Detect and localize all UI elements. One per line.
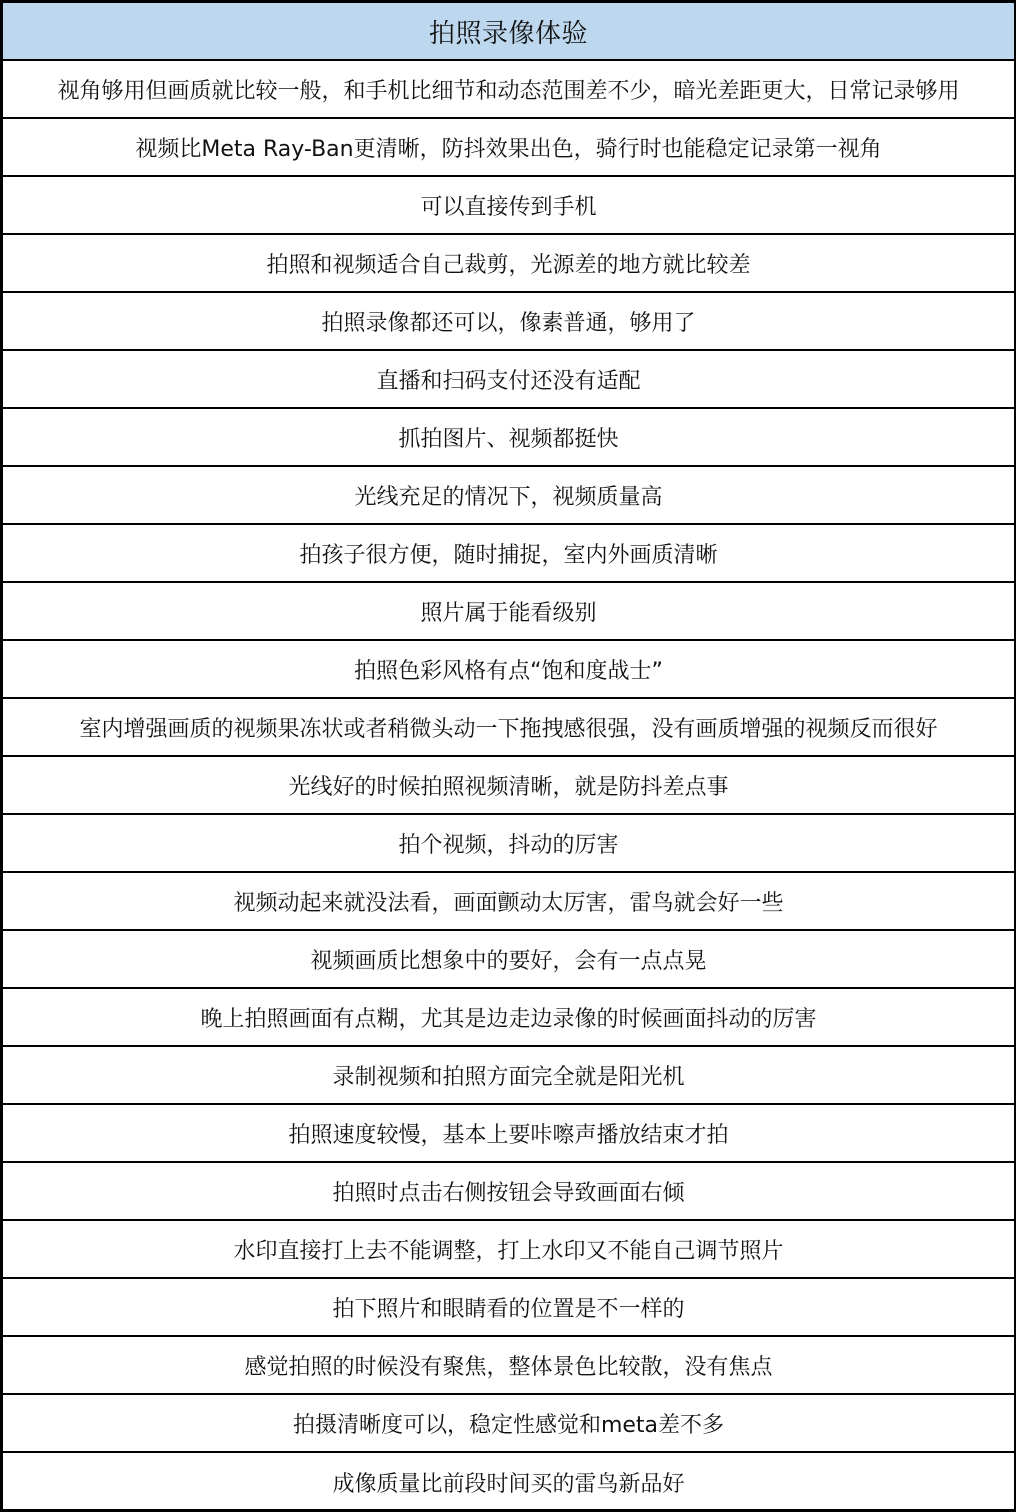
table-row: 成像质量比前段时间买的雷鸟新品好 (3, 1453, 1014, 1511)
table-row: 拍下照片和眼睛看的位置是不一样的 (3, 1279, 1014, 1337)
table-row: 照片属于能看级别 (3, 583, 1014, 641)
table-row: 拍照色彩风格有点“饱和度战士” (3, 641, 1014, 699)
table-row: 直播和扫码支付还没有适配 (3, 351, 1014, 409)
table-row: 抓拍图片、视频都挺快 (3, 409, 1014, 467)
table-row: 拍个视频，抖动的厉害 (3, 815, 1014, 873)
feedback-table: 拍照录像体验 视角够用但画质就比较一般，和手机比细节和动态范围差不少，暗光差距更… (0, 0, 1016, 1512)
table-row: 拍照时点击右侧按钮会导致画面右倾 (3, 1163, 1014, 1221)
table-row: 晚上拍照画面有点糊，尤其是边走边录像的时候画面抖动的厉害 (3, 989, 1014, 1047)
table-header: 拍照录像体验 (3, 3, 1014, 61)
table-row: 可以直接传到手机 (3, 177, 1014, 235)
table-row: 视频画质比想象中的要好，会有一点点晃 (3, 931, 1014, 989)
table-row: 拍照速度较慢，基本上要咔嚓声播放结束才拍 (3, 1105, 1014, 1163)
table-row: 拍孩子很方便，随时捕捉，室内外画质清晰 (3, 525, 1014, 583)
table-row: 视频比Meta Ray-Ban更清晰，防抖效果出色，骑行时也能稳定记录第一视角 (3, 119, 1014, 177)
table-row: 室内增强画质的视频果冻状或者稍微头动一下拖拽感很强，没有画质增强的视频反而很好 (3, 699, 1014, 757)
table-body: 视角够用但画质就比较一般，和手机比细节和动态范围差不少，暗光差距更大，日常记录够… (3, 61, 1014, 1511)
table-row: 光线好的时候拍照视频清晰，就是防抖差点事 (3, 757, 1014, 815)
table-row: 水印直接打上去不能调整，打上水印又不能自己调节照片 (3, 1221, 1014, 1279)
table-row: 拍照和视频适合自己裁剪，光源差的地方就比较差 (3, 235, 1014, 293)
table-row: 拍摄清晰度可以，稳定性感觉和meta差不多 (3, 1395, 1014, 1453)
table-row: 拍照录像都还可以，像素普通，够用了 (3, 293, 1014, 351)
table-row: 视频动起来就没法看，画面颤动太厉害，雷鸟就会好一些 (3, 873, 1014, 931)
table-row: 录制视频和拍照方面完全就是阳光机 (3, 1047, 1014, 1105)
table-row: 感觉拍照的时候没有聚焦，整体景色比较散，没有焦点 (3, 1337, 1014, 1395)
table-row: 光线充足的情况下，视频质量高 (3, 467, 1014, 525)
table-row: 视角够用但画质就比较一般，和手机比细节和动态范围差不少，暗光差距更大，日常记录够… (3, 61, 1014, 119)
